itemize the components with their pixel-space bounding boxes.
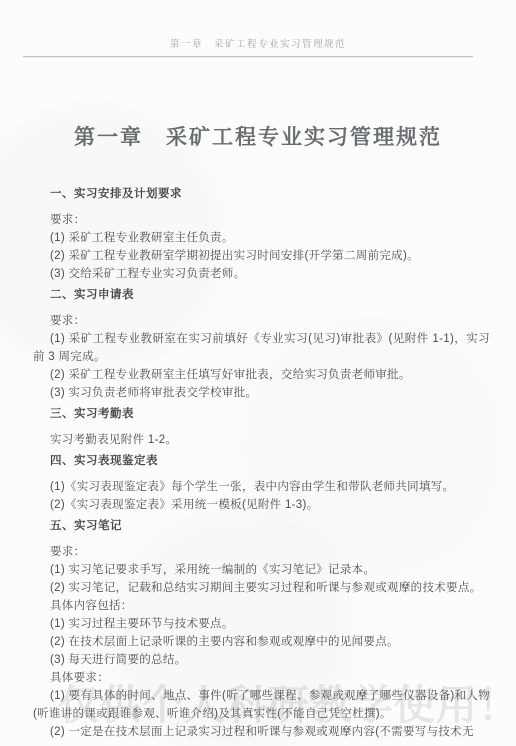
section-heading-2: 二、实习申请表: [33, 286, 490, 304]
section-heading-1: 一、实习安排及计划要求: [33, 185, 490, 203]
paragraph: (3) 每天进行简要的总结。: [33, 651, 490, 669]
section-heading-4: 四、实习表现鉴定表: [33, 452, 490, 470]
paragraph: (1) 采矿工程专业教研室在实习前填好《专业实习(见习)审批表》(见附件 1-1…: [33, 330, 490, 366]
page-title: 第一章 采矿工程专业实习管理规范: [0, 121, 516, 151]
paragraph: (2) 在技术层面上记录听课的主要内容和参观或观摩中的见闻要点。: [33, 633, 490, 651]
paragraph: (2) 采矿工程专业教研室学期初提出实习时间安排(开学第二周前完成)。: [33, 247, 490, 265]
paragraph: (3) 交给采矿工程专业实习负责老师。: [33, 265, 490, 283]
paragraph: 要求：: [33, 211, 490, 229]
paragraph: (2) 实习笔记，记载和总结实习期间主要实习过程和听课与参观或观摩的技术要点。: [33, 579, 490, 597]
header-rule: [23, 56, 473, 58]
running-head: 第一章 采矿工程专业实习管理规范: [0, 36, 516, 50]
paragraph: 具体要求：: [33, 669, 490, 687]
document-body: 一、实习安排及计划要求 要求： (1) 采矿工程专业教研室主任负责。 (2) 采…: [33, 182, 490, 741]
section-heading-3: 三、实习考勤表: [33, 405, 490, 423]
paragraph: (2) 采矿工程专业教研室主任填写好审批表，交给实习负责老师审批。: [33, 366, 490, 384]
paragraph: (1) 实习笔记要求手写，采用统一编制的《实习笔记》记录本。: [33, 561, 490, 579]
paragraph: (2)《实习表现鉴定表》采用统一模板(见附件 1-3)。: [33, 496, 490, 514]
scanned-document-page: 第一章 采矿工程专业实习管理规范 第一章 采矿工程专业实习管理规范 一、实习安排…: [0, 0, 516, 746]
paragraph: (1)《实习表现鉴定表》每个学生一张，表中内容由学生和带队老师共同填写。: [33, 478, 490, 496]
paragraph: (3) 实习负责老师将审批表交学校审批。: [33, 384, 490, 402]
paragraph: (2) 一定是在技术层面上记录实习过程和听课与参观或观摩内容(不需要写与技术无: [33, 723, 490, 741]
paragraph: 要求：: [33, 543, 490, 561]
paragraph: 要求：: [33, 312, 490, 330]
paragraph: (1) 采矿工程专业教研室主任负责。: [33, 229, 490, 247]
paragraph: (1) 实习过程主要环节与技术要点。: [33, 615, 490, 633]
paragraph: 实习考勤表见附件 1-2。: [33, 431, 490, 449]
section-heading-5: 五、实习笔记: [33, 517, 490, 535]
paragraph: 具体内容包括：: [33, 597, 490, 615]
paragraph: (1) 要有具体的时间、地点、事件(听了哪些课程、参观或观摩了哪些仪器设备)和人…: [33, 687, 490, 723]
